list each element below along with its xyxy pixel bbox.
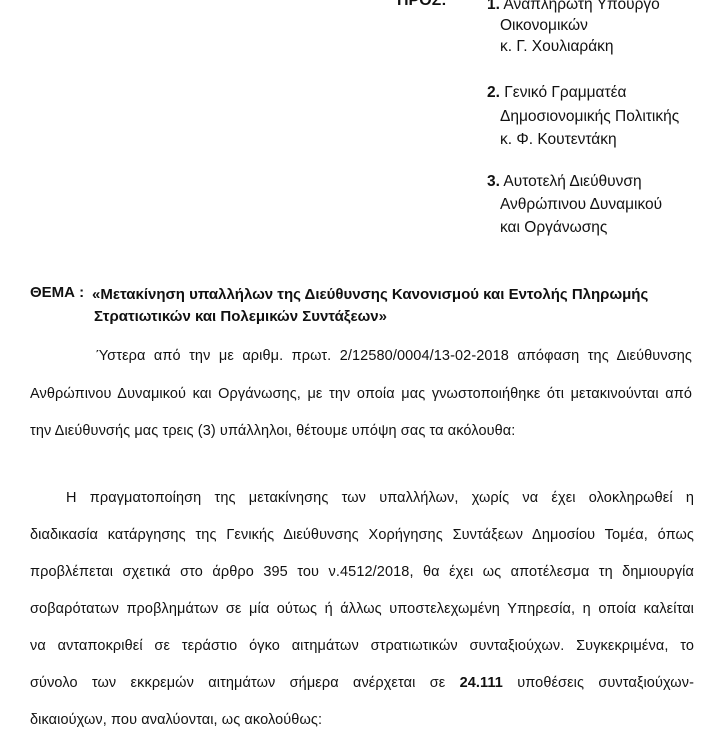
recipient-line: Οικονομικών (500, 15, 588, 36)
paragraph-line: την Διεύθυνσής μας τρεις (3) υπάλληλοι, … (30, 423, 515, 439)
recipient-line: Αναπληρωτή Υπουργό (503, 0, 659, 13)
paragraph-line: διαδικασία κατάργησης της Γενικής Διεύθυ… (30, 527, 694, 543)
paragraph-line: να ανταποκριθεί σε τεράστιο όγκο αιτημάτ… (30, 638, 694, 654)
recipient-line: Αυτοτελή Διεύθυνση (503, 173, 641, 190)
subject-label: ΘΕΜΑ : (30, 284, 84, 301)
recipient-number: 1. (487, 0, 500, 13)
paragraph-text: Η πραγματοποίηση της μετακίνησης των υπα… (66, 490, 694, 506)
recipient-number: 3. (487, 173, 500, 190)
paragraph-line: σύνολο των εκκρεμών αιτημάτων σήμερα ανέ… (30, 675, 694, 691)
document-page: ΠΡΟΣ: 1. Αναπληρωτή Υπουργό Οικονομικών … (0, 0, 713, 750)
paragraph-text: σύνολο των εκκρεμών αιτημάτων σήμερα ανέ… (30, 675, 460, 691)
subject-line: Στρατιωτικών και Πολεμικών Συντάξεων» (92, 306, 692, 328)
recipient-number: 2. (487, 84, 500, 101)
paragraph-line: Η πραγματοποίηση της μετακίνησης των υπα… (66, 490, 694, 506)
recipients-label: ΠΡΟΣ: (397, 0, 447, 10)
recipient-line: κ. Φ. Κουτεντάκη (500, 129, 617, 150)
pending-cases-count: 24.111 (460, 675, 503, 691)
recipient-line: Δημοσιονομικής Πολιτικής (500, 106, 679, 127)
paragraph-line: δικαιούχων, που αναλύονται, ως ακολούθως… (30, 712, 322, 728)
subject-line: «Μετακίνηση υπαλλήλων της Διεύθυνσης Καν… (92, 284, 692, 306)
recipient-line: και Οργάνωσης (500, 217, 607, 238)
recipient-line: Ανθρώπινου Δυναμικού (500, 194, 662, 215)
subject-title: «Μετακίνηση υπαλλήλων της Διεύθυνσης Καν… (92, 284, 692, 328)
paragraph-line: προβλέπεται σχετικά στο άρθρο 395 του ν.… (30, 564, 694, 580)
recipient-line: Γενικό Γραμματέα (504, 84, 626, 101)
paragraph-line: σοβαρότατων προβλημάτων σε μία ούτως ή ά… (30, 601, 694, 617)
recipient-line: κ. Γ. Χουλιαράκη (500, 36, 614, 57)
paragraph-text: υποθέσεις συνταξιούχων- (503, 675, 694, 691)
paragraph-line: Ανθρώπινου Δυναμικού και Οργάνωσης, με τ… (30, 386, 692, 402)
paragraph-line: Ύστερα από την με αριθμ. πρωτ. 2/12580/0… (96, 348, 692, 364)
